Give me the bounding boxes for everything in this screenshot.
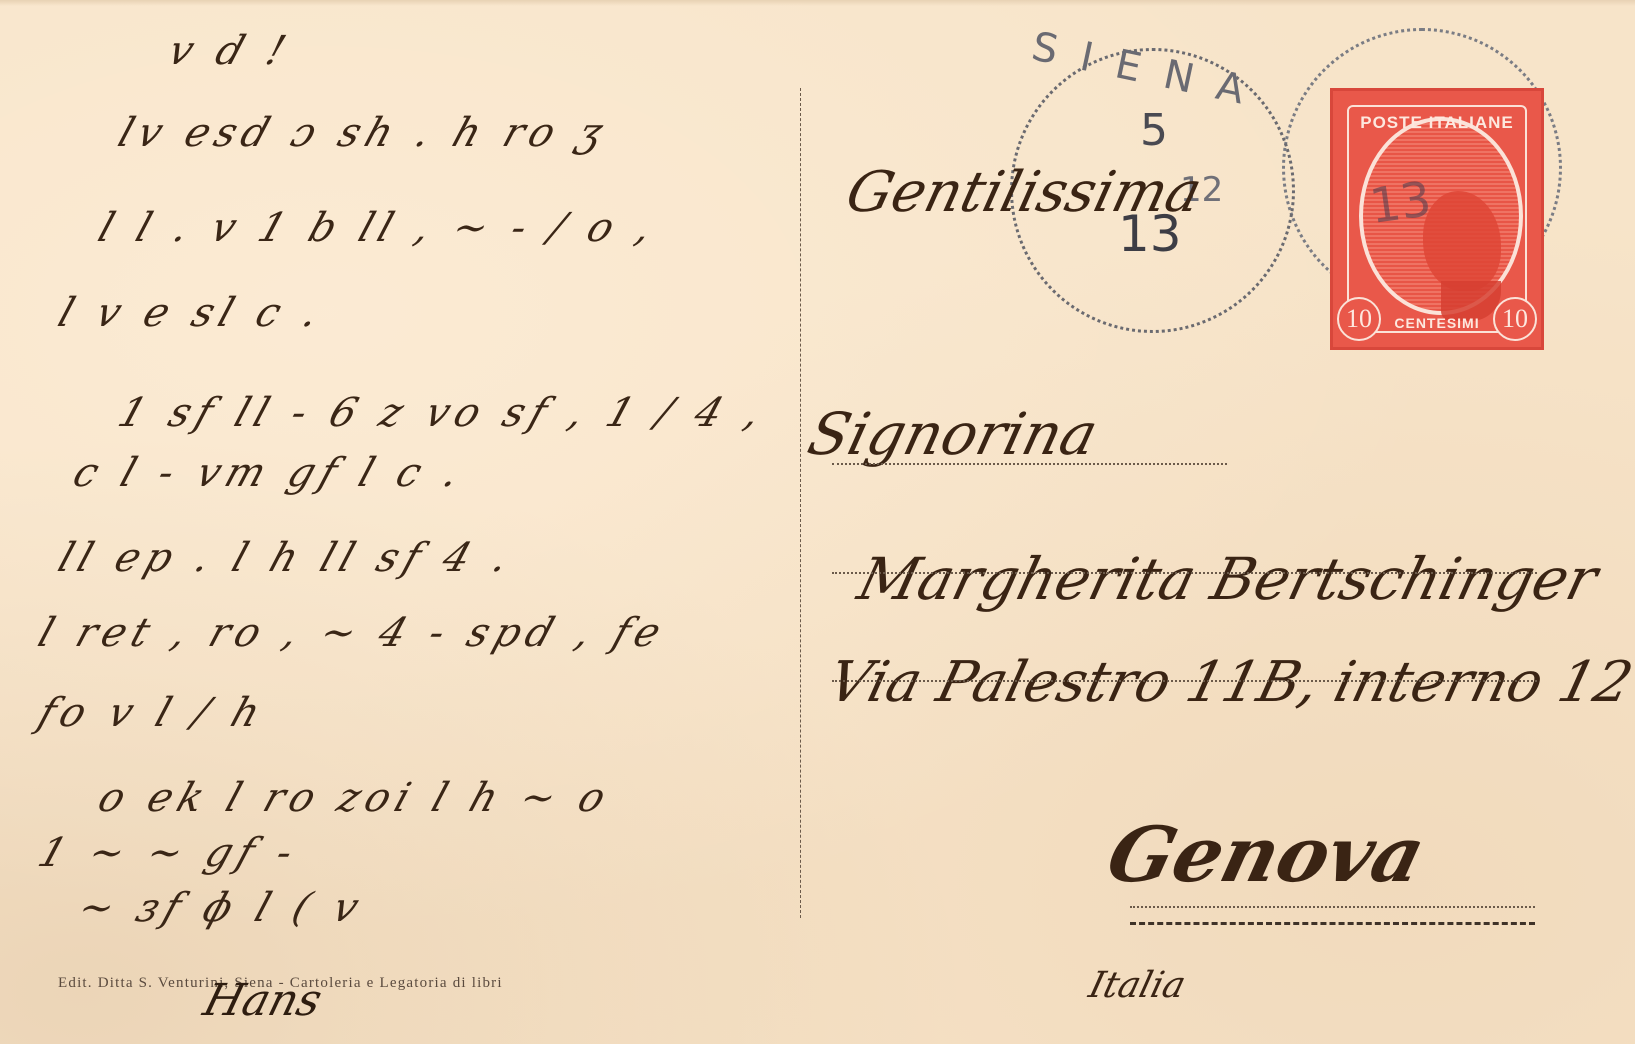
addressee-title: Signorina xyxy=(802,400,1105,468)
king-portrait-icon xyxy=(1423,191,1501,291)
addressee-name: Margherita Bertschinger xyxy=(852,545,1605,613)
street-address: Via Palestro 11B, interno 12 xyxy=(822,650,1635,715)
message-line: o ek l ro zoi l h ~ o xyxy=(93,775,618,821)
message-line: ~ ɜf ɸ l ( v xyxy=(73,885,371,931)
stamp-cancellation: 13 xyxy=(1366,171,1434,235)
address-line-4 xyxy=(1130,906,1535,908)
stamp-country-text: POSTE ITALIANE xyxy=(1333,113,1541,133)
message-line: l ret , ro , ~ 4 - spd , fe xyxy=(33,610,673,656)
postmark-day: 5 xyxy=(1140,105,1168,156)
message-line: l l . v 1 b ll , ~ - / o , xyxy=(93,205,664,251)
message-line: l v e sl c . xyxy=(53,290,331,336)
address-line-2 xyxy=(832,572,1537,574)
message-line: fo v l / h xyxy=(33,690,272,736)
city-underline xyxy=(1130,922,1535,925)
address-line-3 xyxy=(832,680,1537,682)
message-line: ll ep . l h ll sf 4 . xyxy=(53,535,521,581)
signature: Hans xyxy=(198,975,327,1026)
message-line: 1 ~ ~ gf - xyxy=(33,830,305,876)
country: Italia xyxy=(1085,965,1190,1006)
stamp-value-left: 10 xyxy=(1337,297,1381,341)
message-line: v d ! xyxy=(163,28,298,74)
city: Genova xyxy=(1099,810,1434,899)
stamp-value-right: 10 xyxy=(1493,297,1537,341)
message-line: c l - vm gf l c . xyxy=(68,450,472,496)
card-edge xyxy=(0,0,1635,6)
message-line: lv esd ɔ sh . h ro ʒ xyxy=(113,110,615,156)
postcard-back: v d ! lv esd ɔ sh . h ro ʒ l l . v 1 b l… xyxy=(0,0,1635,1044)
center-divider-line xyxy=(800,88,801,918)
address-line-1 xyxy=(832,463,1227,465)
salutation: Gentilissima xyxy=(840,160,1208,225)
postage-stamp: POSTE ITALIANE CENTESIMI 10 10 xyxy=(1330,88,1544,350)
message-line: 1 sf ll - 6 z vo sf , 1 / 4 , xyxy=(113,390,773,436)
